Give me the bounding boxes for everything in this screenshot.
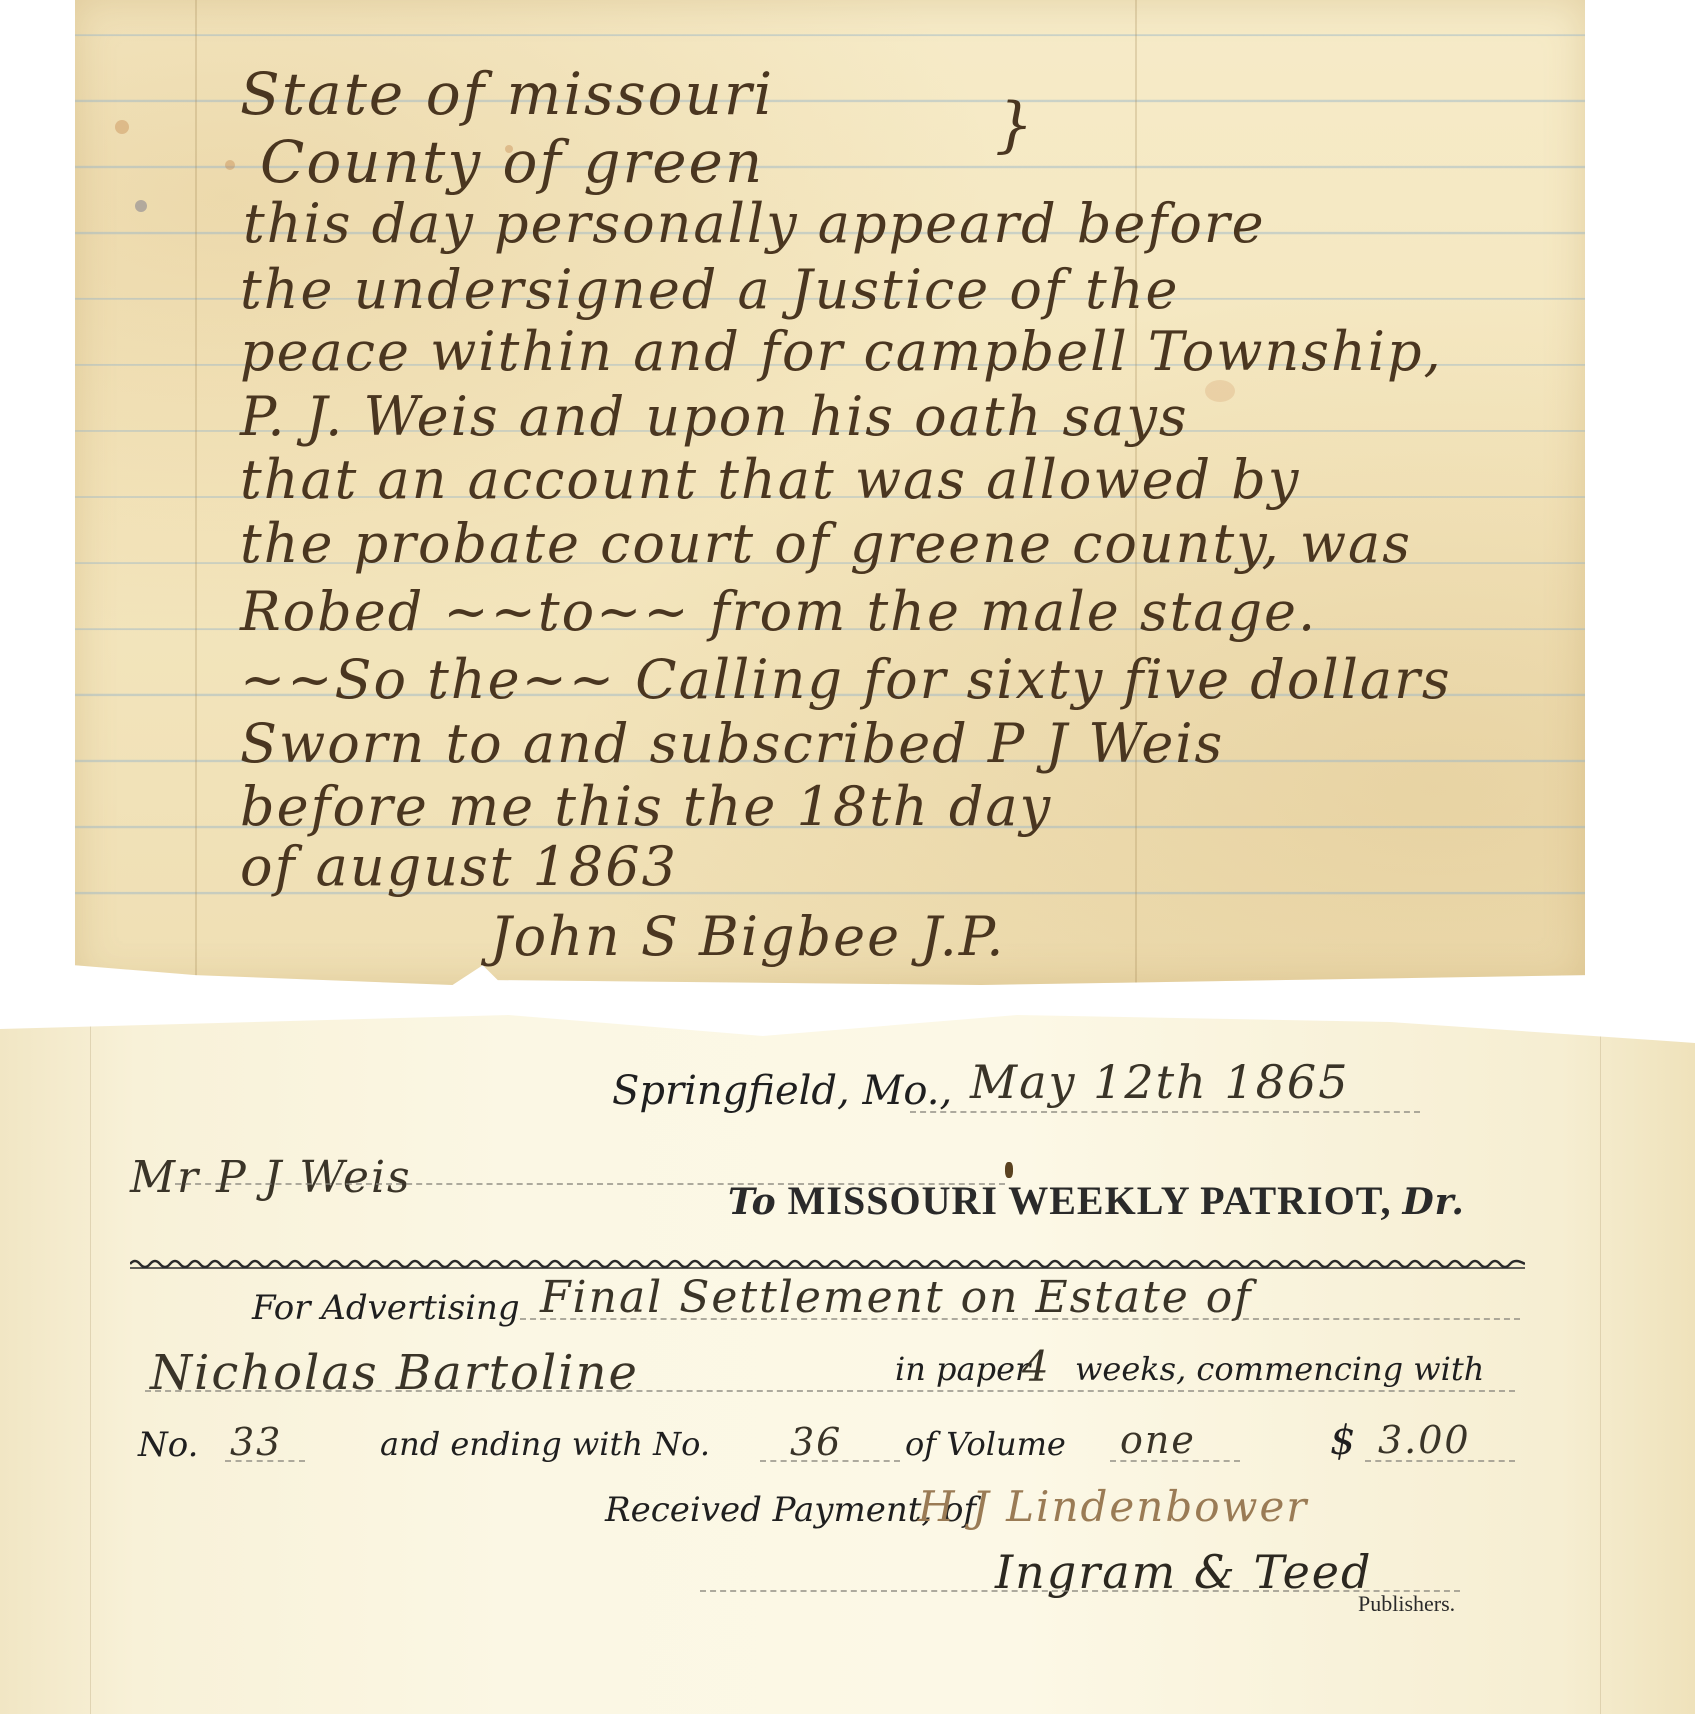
- affidavit-line: peace within and for campbell Township,: [240, 320, 1443, 383]
- heading-brace: }: [995, 90, 1033, 160]
- line2-dotted-line: [145, 1390, 1515, 1392]
- affidavit-line: that an account that was allowed by: [240, 448, 1300, 511]
- end-issue-number: 36: [790, 1420, 842, 1464]
- advertising-subject: Final Settlement on Estate of: [540, 1272, 1253, 1323]
- signature-dotted-line: [700, 1590, 1460, 1592]
- affidavit-sheet: State of missouri County of green } this…: [75, 0, 1585, 985]
- amount-due: 3.00: [1378, 1418, 1471, 1462]
- end-dotted-line: [760, 1460, 900, 1462]
- affidavit-text: State of missouri County of green } this…: [75, 0, 1585, 985]
- heading-state: State of missouri: [240, 60, 774, 128]
- start-dotted-line: [225, 1460, 305, 1462]
- paper-fold: [90, 1015, 91, 1714]
- paper-fold: [1600, 1015, 1601, 1714]
- publishers-label: Publishers.: [1358, 1591, 1455, 1617]
- receipt-place: Springfield, Mo.,: [612, 1068, 952, 1114]
- weeks-count: 4: [1022, 1342, 1051, 1391]
- justice-signature: John S Bigbee J.P.: [490, 905, 1005, 968]
- currency-symbol: $: [1330, 1418, 1355, 1464]
- affidavit-line: ~~So the~~ Calling for sixty five dollar…: [240, 648, 1452, 711]
- amount-dotted-line: [1365, 1460, 1515, 1462]
- affidavit-line: before me this the 18th day: [240, 775, 1052, 838]
- affidavit-line: Robed ~~to~~ from the male stage.: [240, 580, 1317, 643]
- estate-name: Nicholas Bartoline: [150, 1345, 639, 1401]
- volume-dotted-line: [1110, 1460, 1240, 1462]
- newspaper-masthead: To MISSOURI WEEKLY PATRIOT, Dr.: [728, 1177, 1465, 1224]
- volume-number: one: [1120, 1418, 1196, 1462]
- label-weeks-commencing: weeks, commencing with: [1075, 1350, 1484, 1388]
- label-no-start: No.: [138, 1425, 198, 1465]
- wavy-divider: [130, 1258, 1525, 1270]
- affidavit-line: P. J. Weis and upon his oath says: [240, 385, 1189, 448]
- label-for-advertising: For Advertising: [252, 1288, 520, 1328]
- ink-blot: [1005, 1162, 1013, 1178]
- label-in-paper: in paper: [895, 1350, 1030, 1388]
- masthead-title: MISSOURI WEEKLY PATRIOT,: [788, 1178, 1392, 1223]
- affidavit-line: this day personally appeard before: [243, 192, 1266, 255]
- masthead-prefix: To: [728, 1181, 777, 1223]
- start-issue-number: 33: [230, 1420, 282, 1464]
- affidavit-line: of august 1863: [240, 835, 678, 898]
- label-of-volume: of Volume: [905, 1425, 1066, 1463]
- receipt-addressee: Mr P J Weis: [130, 1152, 412, 1203]
- affidavit-line: the undersigned a Justice of the: [240, 258, 1179, 321]
- affidavit-line: Sworn to and subscribed P J Weis: [240, 712, 1224, 775]
- date-dotted-line: [910, 1111, 1420, 1113]
- masthead-suffix: Dr.: [1402, 1181, 1464, 1223]
- affidavit-line: the probate court of greene county, was: [240, 512, 1412, 575]
- receipt-date: May 12th 1865: [970, 1055, 1349, 1109]
- payer-name: H J Lindenbower: [918, 1482, 1308, 1531]
- label-ending-with: and ending with No.: [380, 1425, 710, 1463]
- heading-county: County of green: [260, 128, 764, 196]
